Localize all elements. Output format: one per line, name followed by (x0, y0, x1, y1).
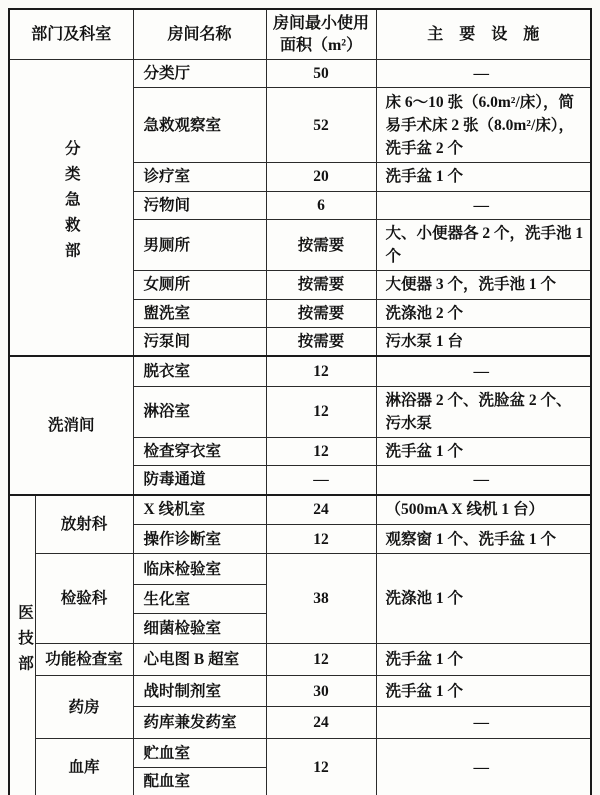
document-page: 部门及科室 房间名称 房间最小使用 面积（m²） 主 要 设 施 分类急救部 分… (0, 0, 600, 795)
facilities-cell: 污水泵 1 台 (376, 327, 591, 356)
facilities-cell: 洗手盆 1 个 (376, 676, 591, 707)
subdept-cell-blood-bank: 血库 (35, 739, 133, 795)
dept-label: 医技部 (16, 604, 33, 681)
facilities-cell: 洗涤池 2 个 (376, 299, 591, 327)
area-cell: 12 (266, 356, 376, 386)
header-facilities: 主 要 设 施 (376, 9, 591, 60)
facilities-cell: （500mA X 线机 1 台） (376, 495, 591, 525)
room-cell: 战时制剂室 (133, 676, 266, 707)
dept-cell-decontamination: 洗消间 (9, 356, 133, 495)
area-cell: 6 (266, 191, 376, 219)
table-row: 分类急救部 分类厅 50 — (9, 60, 591, 88)
room-cell: 防毒通道 (133, 466, 266, 495)
table-row: 血库 贮血室 12 — (9, 739, 591, 768)
facilities-cell: — (376, 191, 591, 219)
area-cell: 按需要 (266, 327, 376, 356)
header-room: 房间名称 (133, 9, 266, 60)
room-cell: 污物间 (133, 191, 266, 219)
subdept-cell-radiology: 放射科 (35, 495, 133, 554)
facilities-cell: 洗手盆 1 个 (376, 438, 591, 466)
area-cell: 按需要 (266, 271, 376, 299)
room-cell: 细菌检验室 (133, 614, 266, 644)
subdept-cell-laboratory: 检验科 (35, 554, 133, 644)
area-cell: 12 (266, 386, 376, 438)
room-cell: 药库兼发药室 (133, 707, 266, 739)
header-area: 房间最小使用 面积（m²） (266, 9, 376, 60)
facilities-cell: 洗手盆 1 个 (376, 163, 591, 191)
room-cell: 急救观察室 (133, 88, 266, 163)
facilities-cell: 大、小便器各 2 个，洗手池 1 个 (376, 219, 591, 271)
room-schedule-table: 部门及科室 房间名称 房间最小使用 面积（m²） 主 要 设 施 分类急救部 分… (8, 8, 592, 795)
area-cell: 12 (266, 644, 376, 676)
dept-cell-medical-tech: 医技部 (9, 495, 35, 795)
facilities-cell: 洗涤池 1 个 (376, 554, 591, 644)
header-area-line2: 面积（m²） (269, 35, 374, 57)
area-cell: 12 (266, 525, 376, 554)
room-cell: 淋浴室 (133, 386, 266, 438)
header-area-line1: 房间最小使用 (269, 13, 374, 35)
table-row: 功能检查室 心电图 B 超室 12 洗手盆 1 个 (9, 644, 591, 676)
header-row: 部门及科室 房间名称 房间最小使用 面积（m²） 主 要 设 施 (9, 9, 591, 60)
room-cell: 盥洗室 (133, 299, 266, 327)
facilities-cell: 淋浴器 2 个、洗脸盆 2 个、污水泵 (376, 386, 591, 438)
area-cell: 按需要 (266, 299, 376, 327)
subdept-cell-pharmacy: 药房 (35, 676, 133, 739)
room-cell: X 线机室 (133, 495, 266, 525)
facilities-cell: — (376, 356, 591, 386)
area-cell: 12 (266, 438, 376, 466)
dept-cell-triage: 分类急救部 (9, 60, 133, 357)
area-cell: 30 (266, 676, 376, 707)
facilities-cell: — (376, 60, 591, 88)
room-cell: 男厕所 (133, 219, 266, 271)
area-cell: 20 (266, 163, 376, 191)
room-cell: 生化室 (133, 585, 266, 614)
room-cell: 贮血室 (133, 739, 266, 768)
table-row: 检验科 临床检验室 38 洗涤池 1 个 (9, 554, 591, 585)
dept-label: 分类急救部 (63, 140, 80, 268)
table-row: 医技部 放射科 X 线机室 24 （500mA X 线机 1 台） (9, 495, 591, 525)
room-cell: 心电图 B 超室 (133, 644, 266, 676)
area-cell: 24 (266, 495, 376, 525)
room-cell: 污泵间 (133, 327, 266, 356)
facilities-cell: — (376, 739, 591, 795)
area-cell: 52 (266, 88, 376, 163)
facilities-cell: — (376, 466, 591, 495)
facilities-cell: 床 6～10 张（6.0m²/床），简易手术床 2 张（8.0m²/床），洗手盆… (376, 88, 591, 163)
subdept-cell-function-exam: 功能检查室 (35, 644, 133, 676)
table-row: 洗消间 脱衣室 12 — (9, 356, 591, 386)
room-cell: 分类厅 (133, 60, 266, 88)
facilities-cell: 洗手盆 1 个 (376, 644, 591, 676)
table-row: 药房 战时制剂室 30 洗手盆 1 个 (9, 676, 591, 707)
facilities-cell: — (376, 707, 591, 739)
area-cell: 按需要 (266, 219, 376, 271)
room-cell: 女厕所 (133, 271, 266, 299)
room-cell: 检查穿衣室 (133, 438, 266, 466)
facilities-cell: 大便器 3 个，洗手池 1 个 (376, 271, 591, 299)
room-cell: 诊疗室 (133, 163, 266, 191)
area-cell: — (266, 466, 376, 495)
room-cell: 配血室 (133, 768, 266, 795)
facilities-cell: 观察窗 1 个、洗手盆 1 个 (376, 525, 591, 554)
area-cell: 50 (266, 60, 376, 88)
header-dept: 部门及科室 (9, 9, 133, 60)
area-cell: 38 (266, 554, 376, 644)
room-cell: 临床检验室 (133, 554, 266, 585)
room-cell: 脱衣室 (133, 356, 266, 386)
area-cell: 12 (266, 739, 376, 795)
room-cell: 操作诊断室 (133, 525, 266, 554)
area-cell: 24 (266, 707, 376, 739)
